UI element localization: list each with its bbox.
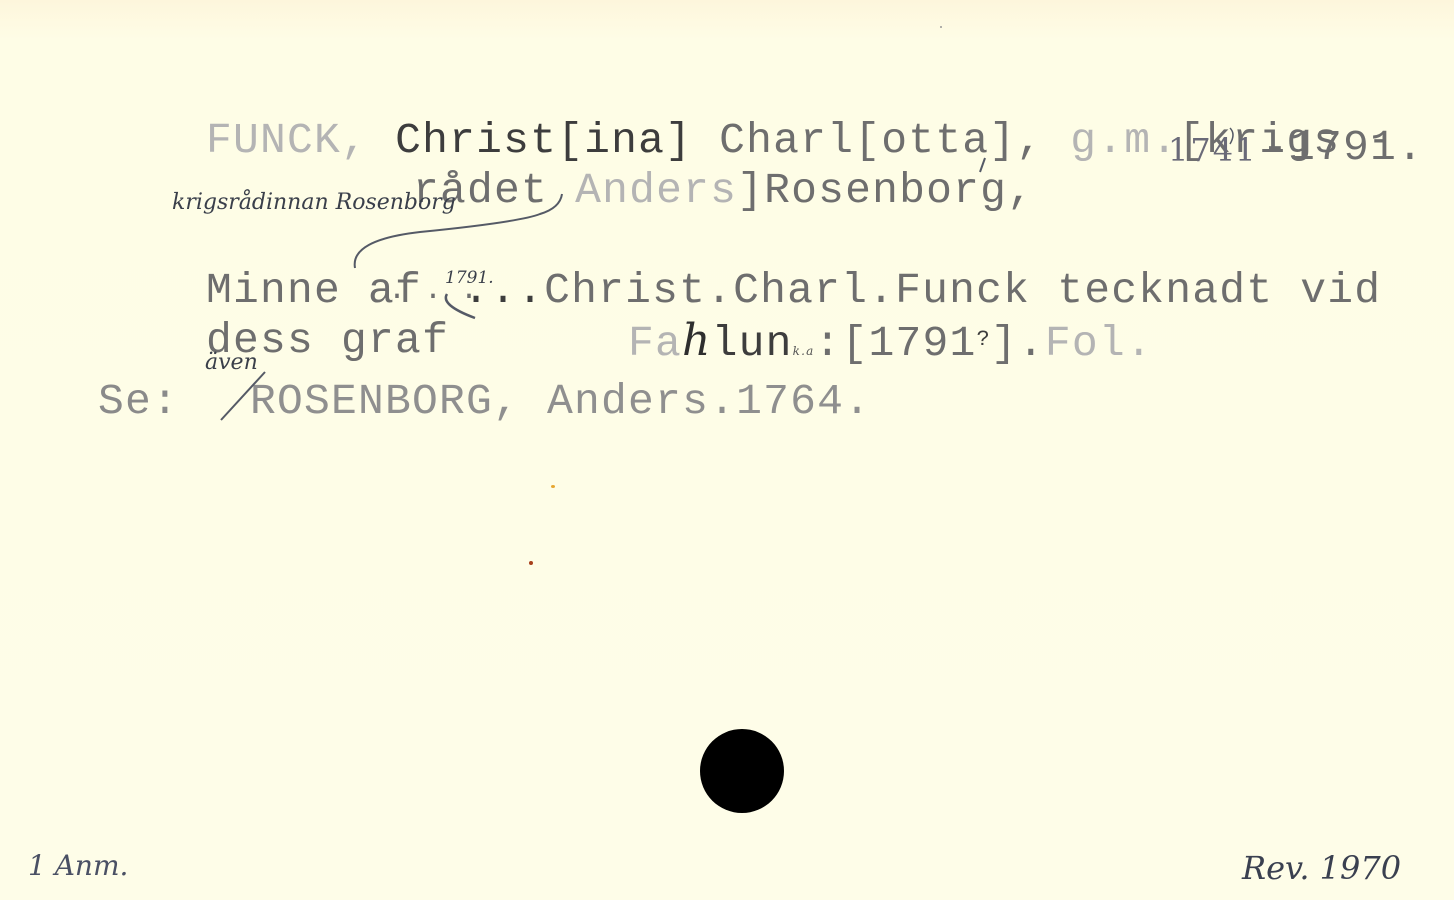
catalog-card: FUNCK, Christ[ina] Charl[otta], g.m.[kri…: [0, 0, 1454, 900]
ink-speck: [551, 485, 555, 488]
ink-speck: [940, 26, 942, 28]
punch-hole: [700, 729, 784, 813]
ink-speck: [529, 561, 533, 565]
footer-right-note: Rev. 1970: [1242, 852, 1401, 884]
footer-left-note: 1 Anm.: [28, 852, 128, 880]
